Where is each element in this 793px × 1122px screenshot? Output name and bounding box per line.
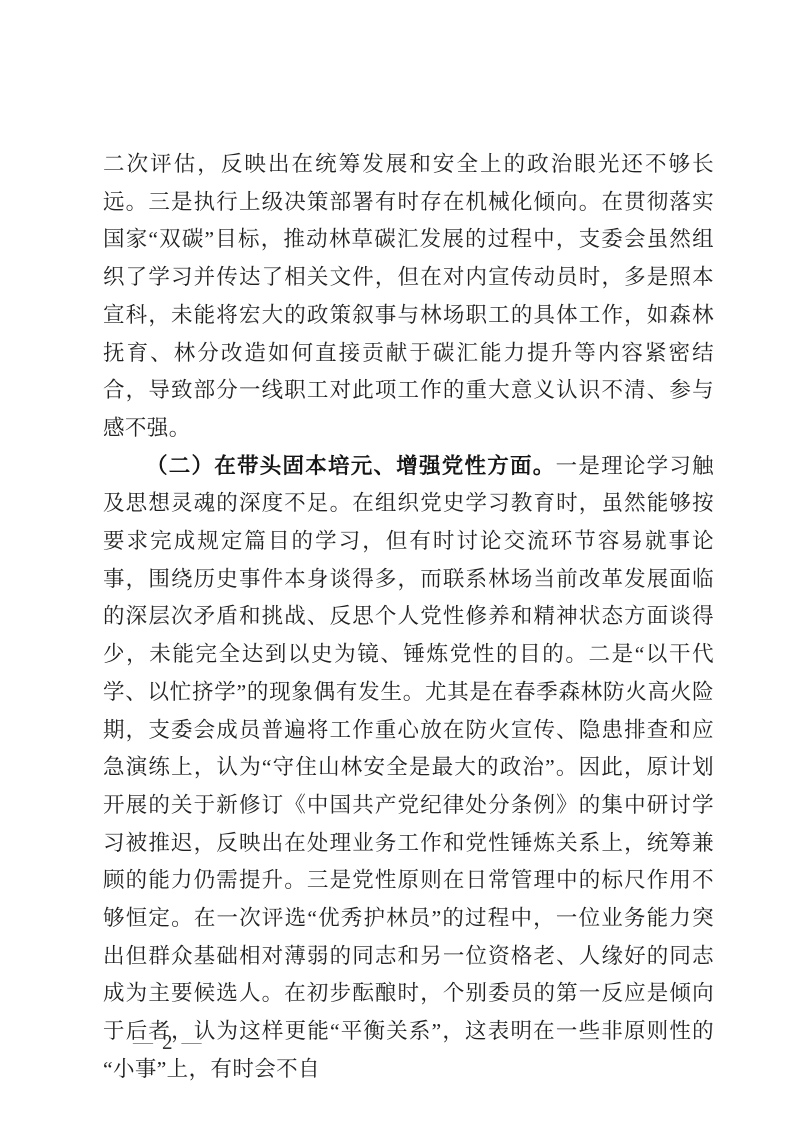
document-body: 二次评估，反映出在统筹发展和安全上的政治眼光还不够长远。三是执行上级决策部署有时… bbox=[103, 146, 714, 1089]
section-2-text: 一是理论学习触及思想灵魂的深度不足。在组织党史学习教育时，虽然能够按要求完成规定… bbox=[103, 454, 714, 1081]
page-number: — 2 — bbox=[133, 1027, 202, 1057]
paragraph-section-2: （二）在带头固本培元、增强党性方面。一是理论学习触及思想灵魂的深度不足。在组织党… bbox=[103, 448, 714, 1089]
page-number-dash-right: — bbox=[182, 1027, 202, 1057]
document-page: 二次评估，反映出在统筹发展和安全上的政治眼光还不够长远。三是执行上级决策部署有时… bbox=[0, 0, 793, 1122]
section-2-heading: （二）在带头固本培元、增强党性方面。 bbox=[146, 454, 556, 478]
page-number-dash-left: — bbox=[133, 1027, 153, 1057]
page-number-value: 2 bbox=[162, 1027, 173, 1057]
paragraph-continuation: 二次评估，反映出在统筹发展和安全上的政治眼光还不够长远。三是执行上级决策部署有时… bbox=[103, 146, 714, 448]
